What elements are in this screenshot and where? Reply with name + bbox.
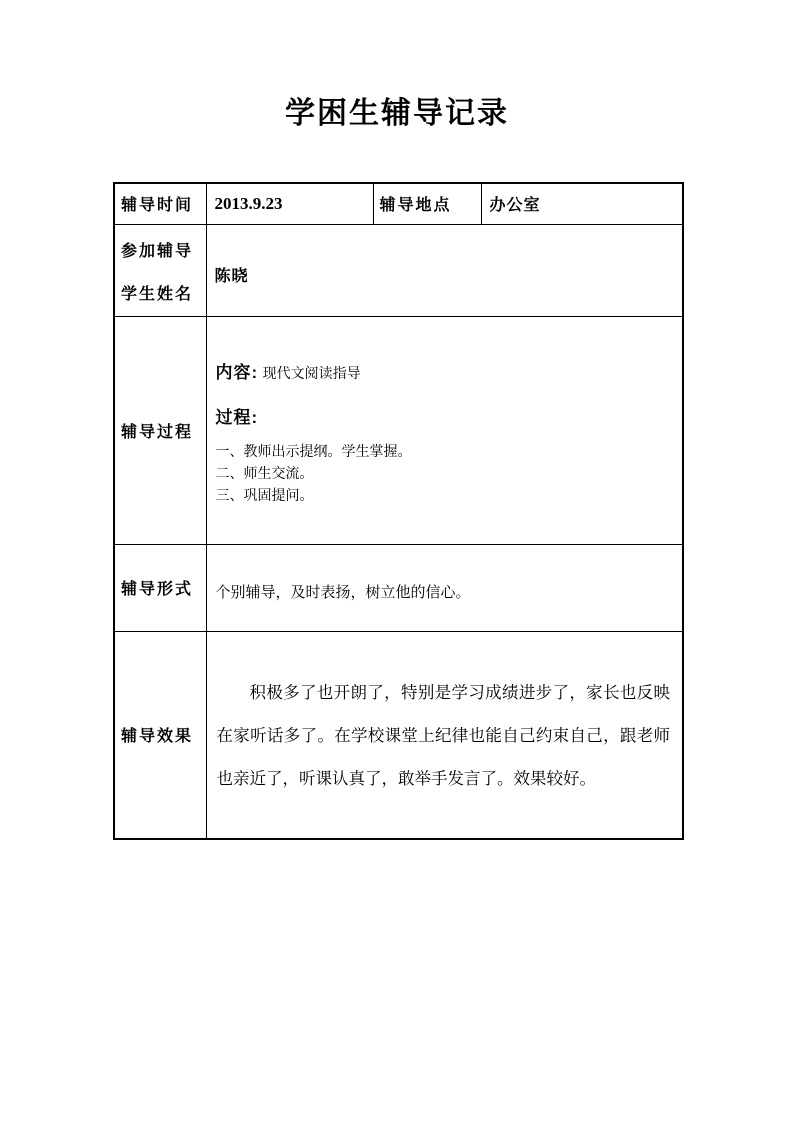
effect-value-cell: 积极多了也开朗了，特别是学习成绩进步了，家长也反映在家听话多了。在学校课堂上纪律… xyxy=(206,631,683,839)
process-content-line: 内容: 现代文阅读指导 xyxy=(216,362,673,385)
process-step-1: 一、教师出示提纲。学生掌握。 xyxy=(216,440,673,462)
content-value: 现代文阅读指导 xyxy=(263,365,361,381)
process-heading-line: 过程: xyxy=(216,403,673,428)
row-time-location: 辅导时间 2013.9.23 辅导地点 办公室 xyxy=(114,183,683,224)
format-value-cell: 个别辅导，及时表扬，树立他的信心。 xyxy=(206,544,683,631)
row-student-name: 参加辅导 学生姓名 陈晓 xyxy=(114,224,683,316)
student-label-cell: 参加辅导 学生姓名 xyxy=(114,224,206,316)
document-page: 学困生辅导记录 辅导时间 2013.9.23 辅导地点 办公室 参加辅导 学生姓… xyxy=(0,0,794,1123)
row-tutoring-process: 辅导过程 内容: 现代文阅读指导 过程: 一、教师出示提纲。学生掌握。 二、师生… xyxy=(114,316,683,544)
location-value-cell: 办公室 xyxy=(481,183,683,224)
location-label-cell: 辅导地点 xyxy=(373,183,481,224)
process-label-cell: 辅导过程 xyxy=(114,316,206,544)
student-label-line2: 学生姓名 xyxy=(121,273,204,316)
content-label: 内容: xyxy=(216,363,259,382)
process-content-cell: 内容: 现代文阅读指导 过程: 一、教师出示提纲。学生掌握。 二、师生交流。 三… xyxy=(206,316,683,544)
effect-paragraph: 积极多了也开朗了，特别是学习成绩进步了，家长也反映在家听话多了。在学校课堂上纪律… xyxy=(217,672,671,801)
effect-label-cell: 辅导效果 xyxy=(114,631,206,839)
time-value-cell: 2013.9.23 xyxy=(206,183,373,224)
tutoring-record-table: 辅导时间 2013.9.23 辅导地点 办公室 参加辅导 学生姓名 陈晓 辅导过… xyxy=(113,182,684,840)
student-label-line1: 参加辅导 xyxy=(121,230,204,273)
format-label-cell: 辅导形式 xyxy=(114,544,206,631)
student-name-cell: 陈晓 xyxy=(206,224,683,316)
process-step-2: 二、师生交流。 xyxy=(216,462,673,484)
time-label-cell: 辅导时间 xyxy=(114,183,206,224)
page-title: 学困生辅导记录 xyxy=(0,88,794,132)
process-step-3: 三、巩固提问。 xyxy=(216,484,673,506)
row-tutoring-effect: 辅导效果 积极多了也开朗了，特别是学习成绩进步了，家长也反映在家听话多了。在学校… xyxy=(114,631,683,839)
process-heading: 过程: xyxy=(216,408,259,427)
row-tutoring-format: 辅导形式 个别辅导，及时表扬，树立他的信心。 xyxy=(114,544,683,631)
